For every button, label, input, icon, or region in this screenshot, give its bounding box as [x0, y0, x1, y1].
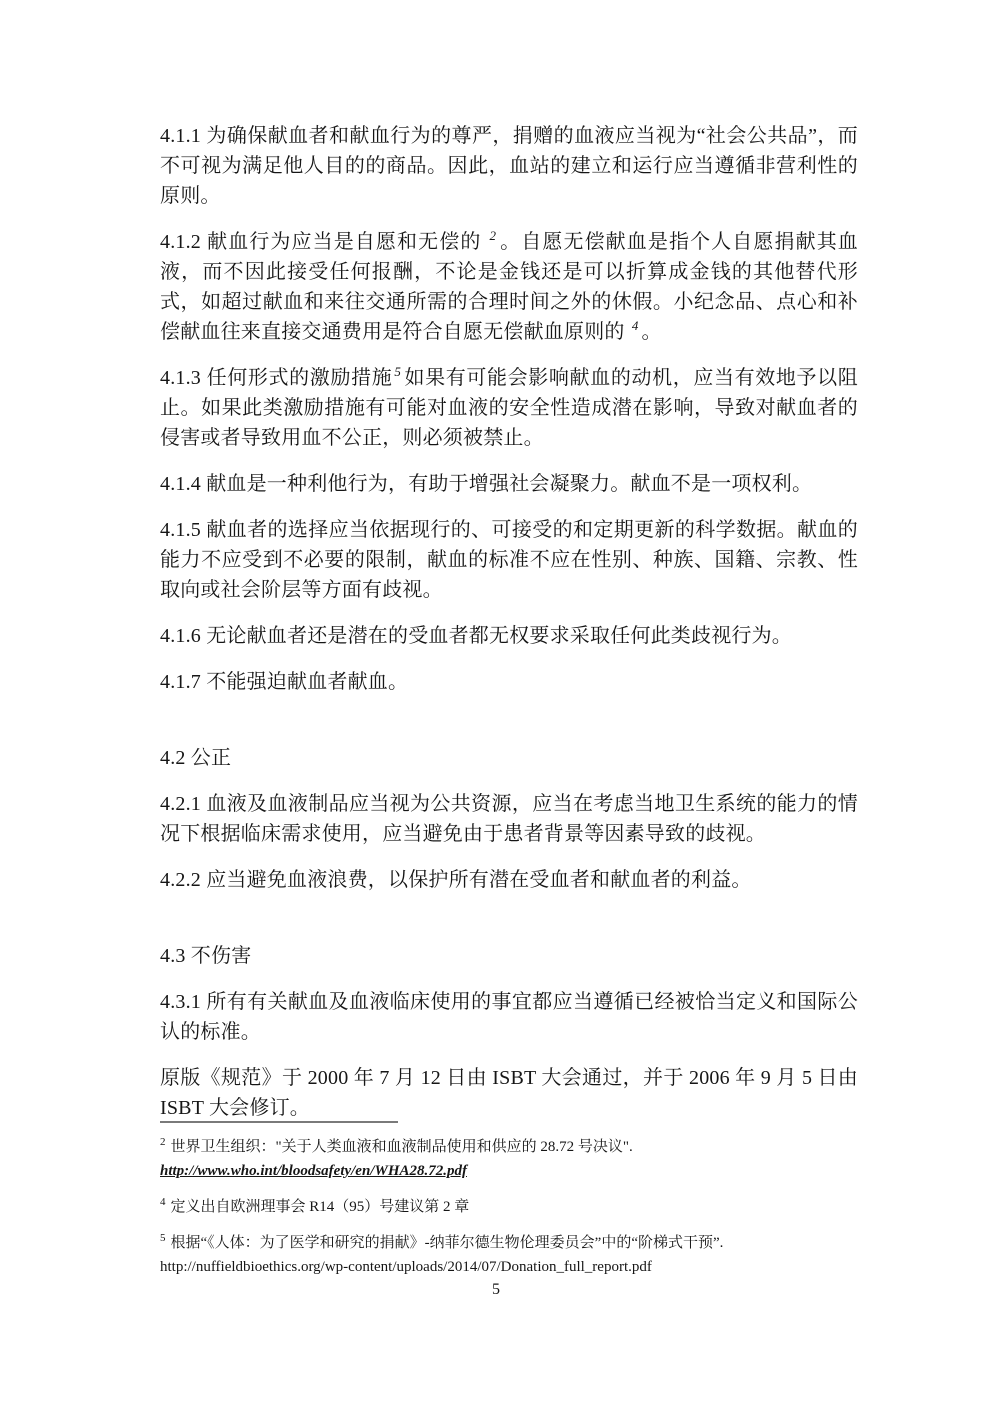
footnote-reference: 4: [632, 318, 639, 333]
section-heading-4-3: 4.3 不伤害: [160, 941, 858, 971]
paragraph-revision-note: 原版《规范》于 2000 年 7 月 12 日由 ISBT 大会通过，并于 20…: [160, 1063, 858, 1123]
paragraph-4-2-1: 4.2.1 血液及血液制品应当视为公共资源，应当在考虑当地卫生系统的能力的情况下…: [160, 789, 858, 849]
paragraph-4-2-2: 4.2.2 应当避免血液浪费，以保护所有潜在受血者和献血者的利益。: [160, 865, 858, 895]
footnotes-list: 2世界卫生组织："关于人类血液和血液制品使用和供应的 28.72 号决议".ht…: [160, 1135, 858, 1279]
footnote-reference: 2: [490, 228, 497, 243]
footnote-5: 5根据“《人体：为了医学和研究的捐献》-纳菲尔德生物伦理委员会”中的“阶梯式干预…: [160, 1231, 858, 1279]
paragraph-4-1-2: 4.1.2 献血行为应当是自愿和无偿的 2。自愿无偿献血是指个人自愿捐献其血液，…: [160, 227, 858, 347]
footnote-link[interactable]: http://nuffieldbioethics.org/wp-content/…: [160, 1255, 858, 1279]
footnote-marker: 2: [160, 1136, 166, 1148]
document-body: 4.1.1 为确保献血者和献血行为的尊严，捐赠的血液应当视为“社会公共品”，而不…: [160, 121, 858, 1139]
footnote-4: 4定义出自欧洲理事会 R14（95）号建议第 2 章: [160, 1195, 858, 1219]
paragraph-4-3-1: 4.3.1 所有有关献血及血液临床使用的事宜都应当遵循已经被恰当定义和国际公认的…: [160, 987, 858, 1047]
footnote-link[interactable]: http://www.who.int/bloodsafety/en/WHA28.…: [160, 1159, 858, 1183]
paragraph-4-1-4: 4.1.4 献血是一种利他行为，有助于增强社会凝聚力。献血不是一项权利。: [160, 469, 858, 499]
paragraph-4-1-6: 4.1.6 无论献血者还是潜在的受血者都无权要求采取任何此类歧视行为。: [160, 621, 858, 651]
footnotes-section: 2世界卫生组织："关于人类血液和血液制品使用和供应的 28.72 号决议".ht…: [160, 1121, 858, 1291]
paragraph-4-1-3: 4.1.3 任何形式的激励措施5如果有可能会影响献血的动机，应当有效地予以阻止。…: [160, 363, 858, 453]
footnote-marker: 5: [160, 1232, 166, 1244]
paragraph-4-1-5: 4.1.5 献血者的选择应当依据现行的、可接受的和定期更新的科学数据。献血的能力…: [160, 515, 858, 605]
paragraph-4-1-7: 4.1.7 不能强迫献血者献血。: [160, 667, 858, 697]
footnote-2: 2世界卫生组织："关于人类血液和血液制品使用和供应的 28.72 号决议".ht…: [160, 1135, 858, 1183]
section-heading-4-2: 4.2 公正: [160, 743, 858, 773]
footnote-reference: 5: [394, 364, 401, 379]
page-number: 5: [0, 1280, 992, 1300]
paragraph-4-1-1: 4.1.1 为确保献血者和献血行为的尊严，捐赠的血液应当视为“社会公共品”，而不…: [160, 121, 858, 211]
footnote-marker: 4: [160, 1196, 166, 1208]
document-page: 4.1.1 为确保献血者和献血行为的尊严，捐赠的血液应当视为“社会公共品”，而不…: [0, 0, 992, 1403]
footnote-separator: [160, 1121, 398, 1123]
